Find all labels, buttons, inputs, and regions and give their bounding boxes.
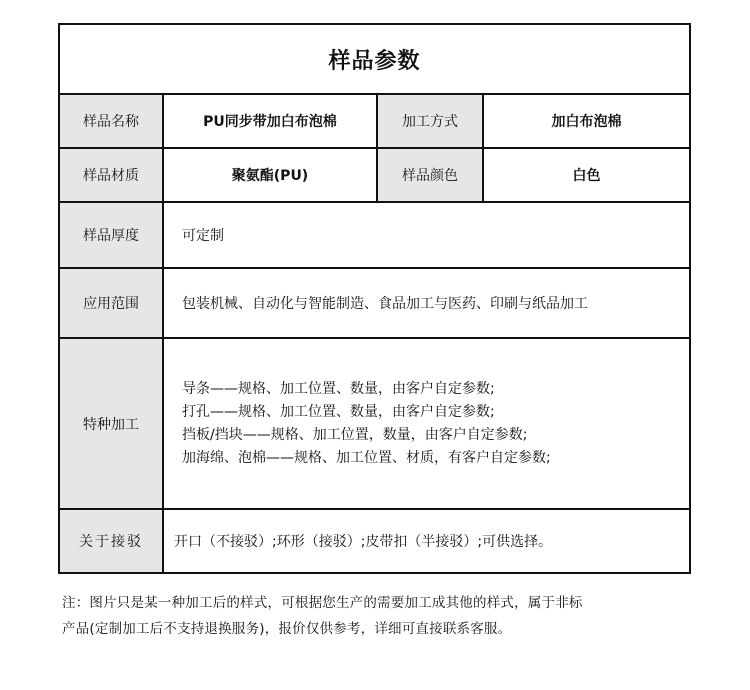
label-material: 样品材质 [60, 149, 164, 201]
row-sample-name: 样品名称 PU同步带加白布泡棉 加工方式 加白布泡棉 [60, 93, 689, 147]
special-line: 加海绵、泡棉——规格、加工位置、材质，有客户自定参数; [182, 447, 551, 470]
footnote: 注：图片只是某一种加工后的样式，可根据您生产的需要加工成其他的样式，属于非标 产… [62, 590, 702, 642]
row-application: 应用范围 包装机械、自动化与智能制造、食品加工与医药、印刷与纸品加工 [60, 267, 689, 337]
value-color: 白色 [484, 149, 689, 201]
value-thickness: 可定制 [164, 203, 689, 267]
table-title: 样品参数 [60, 25, 689, 93]
row-material: 样品材质 聚氨酯(PU) 样品颜色 白色 [60, 147, 689, 201]
value-material: 聚氨酯(PU) [164, 149, 378, 201]
row-thickness: 样品厚度 可定制 [60, 201, 689, 267]
value-application: 包装机械、自动化与智能制造、食品加工与医药、印刷与纸品加工 [164, 269, 689, 337]
label-color: 样品颜色 [378, 149, 484, 201]
footnote-line-1: 注：图片只是某一种加工后的样式，可根据您生产的需要加工成其他的样式，属于非标 [62, 590, 702, 616]
value-sample-name: PU同步带加白布泡棉 [164, 95, 378, 147]
value-processing-method: 加白布泡棉 [484, 95, 689, 147]
value-special-processing: 导条——规格、加工位置、数量，由客户自定参数; 打孔——规格、加工位置、数量，由… [164, 339, 689, 508]
special-line: 打孔——规格、加工位置、数量，由客户自定参数; [182, 401, 551, 424]
label-joint: 关于接驳 [60, 510, 164, 572]
label-application: 应用范围 [60, 269, 164, 337]
label-processing-method: 加工方式 [378, 95, 484, 147]
label-special-processing: 特种加工 [60, 339, 164, 508]
special-line: 挡板/挡块——规格、加工位置，数量，由客户自定参数; [182, 424, 551, 447]
row-joint: 关于接驳 开口（不接驳）;环形（接驳）;皮带扣（半接驳）;可供选择。 [60, 508, 689, 572]
label-sample-name: 样品名称 [60, 95, 164, 147]
row-special-processing: 特种加工 导条——规格、加工位置、数量，由客户自定参数; 打孔——规格、加工位置… [60, 337, 689, 508]
label-thickness: 样品厚度 [60, 203, 164, 267]
value-joint: 开口（不接驳）;环形（接驳）;皮带扣（半接驳）;可供选择。 [164, 510, 689, 572]
special-line: 导条——规格、加工位置、数量，由客户自定参数; [182, 378, 551, 401]
footnote-line-2: 产品(定制加工后不支持退换服务)，报价仅供参考，详细可直接联系客服。 [62, 616, 702, 642]
spec-table: 样品参数 样品名称 PU同步带加白布泡棉 加工方式 加白布泡棉 样品材质 聚氨酯… [58, 23, 691, 574]
